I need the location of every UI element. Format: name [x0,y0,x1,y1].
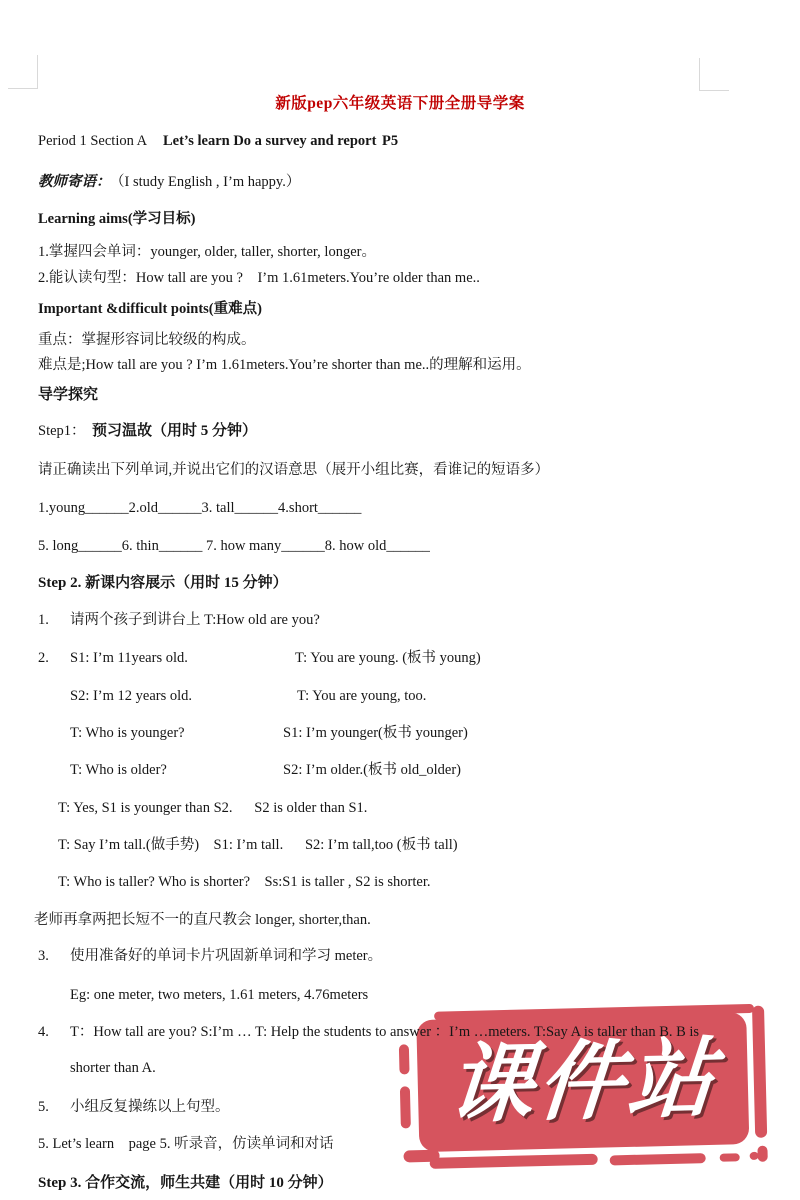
lesson-step-item-4: 4. T：How tall are you? S:I’m … T: Help t… [0,1022,800,1042]
step1-prefix: Step1： [38,421,86,441]
item-number: 4. [38,1022,49,1042]
points-heading: Important &difficult points(重难点) [38,299,262,319]
motto-text: （I study English , I’m happy.） [110,172,300,192]
crop-mark-top-right-vertical [699,58,700,91]
dialogue-row-5: T: Yes, S1 is younger than S2. S2 is old… [58,798,367,818]
item-text: 小组反复操练以上句型。 [70,1097,230,1117]
page-number: P5 [382,131,398,151]
aims-heading: Learning aims(学习目标) [38,209,195,229]
dialogue-row-4: T: Who is older? S2: I’m older.(板书 old_o… [0,760,800,780]
lesson-step-item-1: 1. 请两个孩子到讲台上 T:How old are you? [0,610,800,630]
student-answer: S2: I’m older.(板书 old_older) [283,760,461,780]
step1-title: 预习温故（用时 5 分钟） [92,421,257,441]
item-continuation: shorter than A. [70,1058,156,1078]
crop-mark-top-right-horizontal [699,90,729,91]
page-title: 新版pep六年级英语下册全册导学案 [0,94,800,114]
stamp-border-left-dash [399,1044,410,1074]
point-item-2: 难点是;How tall are you ? I’m 1.61meters.Yo… [38,355,531,375]
period-prefix: Period 1 Section A [38,131,147,151]
stamp-border-bottom-1 [430,1154,598,1169]
item-text: T：How tall are you? S:I’m … T: Help the … [70,1022,699,1042]
stamp-border-bottom-3 [720,1153,740,1161]
item-number: 1. [38,610,49,630]
item-number: 2. [38,648,49,668]
step3-heading: Step 3. 合作交流，师生共建（用时 10 分钟） [38,1173,333,1193]
stamp-border-bottom-2 [610,1153,706,1165]
step2-heading: Step 2. 新课内容展示（用时 15 分钟） [38,573,288,593]
item-text: 使用准备好的单词卡片巩固新单词和学习 meter。 [70,946,382,966]
teacher-line: T: You are young. (板书 young) [295,648,481,668]
dialogue-row-6: T: Say I’m tall.(做手势) S1: I’m tall. S2: … [58,835,458,855]
student-answer: S1: I’m younger(板书 younger) [283,723,468,743]
document-page: 新版pep六年级英语下册全册导学案 Period 1 Section A Let… [0,0,800,1200]
crop-mark-top-left-horizontal [8,88,38,89]
dialogue-row-7: T: Who is taller? Who is shorter? Ss:S1 … [58,872,430,892]
motto-label: 教师寄语： [38,172,111,192]
lets-learn-line: 5. Let’s learn page 5. 听录音，仿读单词和对话 [38,1134,334,1154]
lesson-step-item-5: 5. 小组反复操练以上句型。 [0,1097,800,1117]
word-drill-line-1: 1.young______2.old______3. tall______4.s… [38,498,361,518]
stamp-border-right-dash [757,1146,767,1162]
step1-instruction: 请正确读出下列单词,并说出它们的汉语意思（展开小组比赛，看谁记的短语多） [38,460,549,480]
aim-item-1: 1.掌握四会单词：younger, older, taller, shorter… [38,242,376,262]
lesson-title: Let’s learn Do a survey and report [163,131,376,151]
teacher-question: T: Who is younger? [70,723,185,743]
student1-line: S1: I’m 11years old. [70,648,188,668]
crop-mark-top-left-vertical [37,55,38,89]
example-line: Eg: one meter, two meters, 1.61 meters, … [70,985,368,1005]
motto-line: 教师寄语： （I study English , I’m happy.） [0,172,800,192]
step1-heading: Step1： 预习温故（用时 5 分钟） [0,421,800,441]
dialogue-row-1: 2. S1: I’m 11years old. T: You are young… [0,648,800,668]
aim-item-2: 2.能认读句型：How tall are you ? I’m 1.61meter… [38,268,480,288]
item-text: 请两个孩子到讲台上 T:How old are you? [70,610,320,630]
item-number: 5. [38,1097,49,1117]
point-item-1: 重点：掌握形容词比较级的构成。 [38,330,256,350]
teacher-question: T: Who is older? [70,760,167,780]
period-line: Period 1 Section A Let’s learn Do a surv… [0,131,800,151]
dialogue-row-3: T: Who is younger? S1: I’m younger(板书 yo… [0,723,800,743]
student2-line: S2: I’m 12 years old. [70,686,192,706]
lesson-step-item-3: 3. 使用准备好的单词卡片巩固新单词和学习 meter。 [0,946,800,966]
explore-heading: 导学探究 [38,385,98,405]
teacher-line: T: You are young, too. [297,686,426,706]
word-drill-line-2: 5. long______6. thin______ 7. how many__… [38,536,430,556]
teacher-note: 老师再拿两把长短不一的直尺教会 longer, shorter,than. [34,910,371,930]
item-number: 3. [38,946,49,966]
dialogue-row-2: S2: I’m 12 years old. T: You are young, … [0,686,800,706]
